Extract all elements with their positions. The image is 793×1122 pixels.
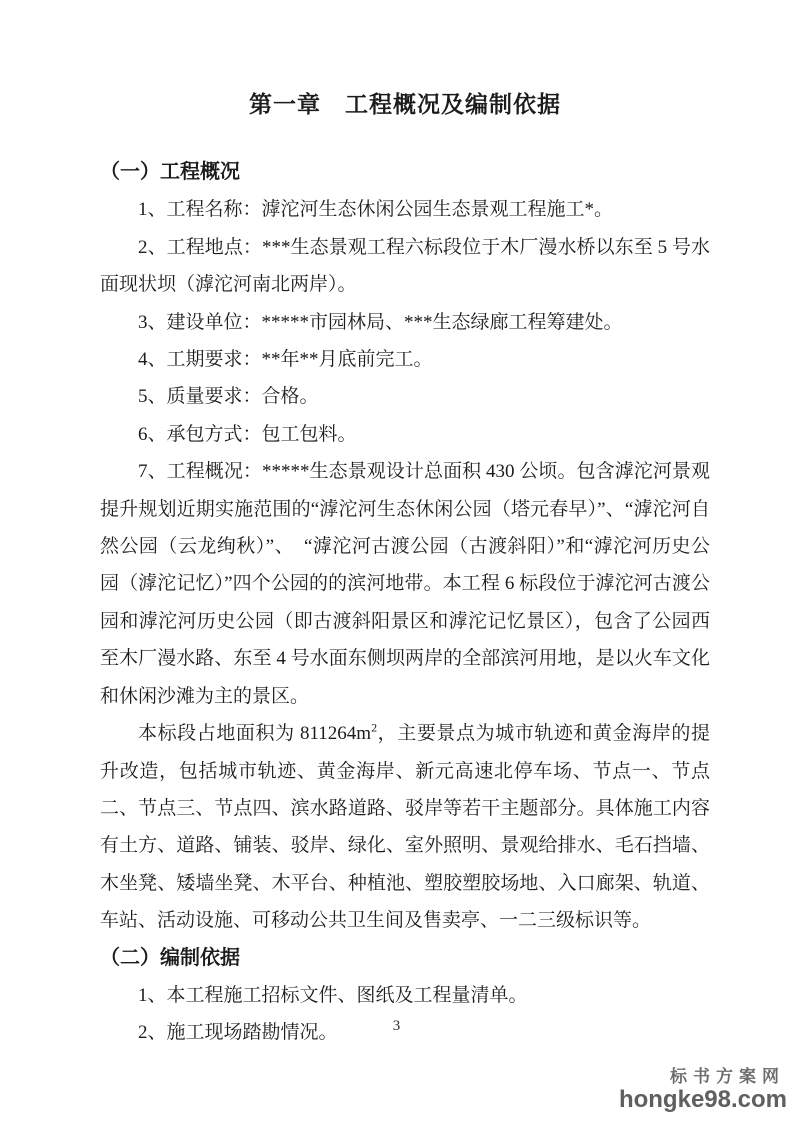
area-paragraph-prefix: 本标段占地面积为 811264m (138, 723, 371, 744)
overview-area-paragraph: 本标段占地面积为 811264m2，主要景点为城市轨迹和黄金海岸的提升改造，包括… (100, 715, 710, 939)
overview-item-schedule-requirement: 4、工期要求：**年**月底前完工。 (100, 341, 710, 378)
area-paragraph-suffix: ，主要景点为城市轨迹和黄金海岸的提升改造，包括城市轨迹、黄金海岸、新元高速北停车… (100, 723, 710, 931)
document-content: 第一章 工程概况及编制依据 （一）工程概况 1、工程名称：滹沱河生态休闲公园生态… (0, 0, 793, 1052)
overview-item-construction-unit: 3、建设单位：*****市园林局、***生态绿廊工程筹建处。 (100, 304, 710, 341)
overview-item-project-summary: 7、工程概况：*****生态景观设计总面积 430 公顷。包含滹沱河景观提升规划… (100, 453, 710, 715)
document-page: 第一章 工程概况及编制依据 （一）工程概况 1、工程名称：滹沱河生态休闲公园生态… (0, 0, 793, 1122)
overview-item-project-location: 2、工程地点：***生态景观工程六标段位于木厂漫水桥以东至 5 号水面现状坝（滹… (100, 229, 710, 304)
basis-item-tender-documents: 1、本工程施工招标文件、图纸及工程量清单。 (100, 977, 710, 1014)
watermark: 标书方案网 hongke98.com (619, 1067, 787, 1112)
section-basis-heading: （二）编制依据 (100, 940, 710, 977)
watermark-site-name: 标书方案网 (619, 1067, 785, 1087)
overview-item-project-name: 1、工程名称：滹沱河生态休闲公园生态景观工程施工*。 (100, 191, 710, 228)
overview-item-contract-mode: 6、承包方式：包工包料。 (100, 416, 710, 453)
chapter-title: 第一章 工程概况及编制依据 (100, 90, 710, 120)
section-overview: （一）工程概况 1、工程名称：滹沱河生态休闲公园生态景观工程施工*。 2、工程地… (100, 154, 710, 940)
page-number: 3 (0, 1018, 793, 1035)
overview-item-quality-requirement: 5、质量要求：合格。 (100, 378, 710, 415)
section-overview-heading: （一）工程概况 (100, 154, 710, 191)
watermark-site-url: hongke98.com (619, 1087, 787, 1112)
